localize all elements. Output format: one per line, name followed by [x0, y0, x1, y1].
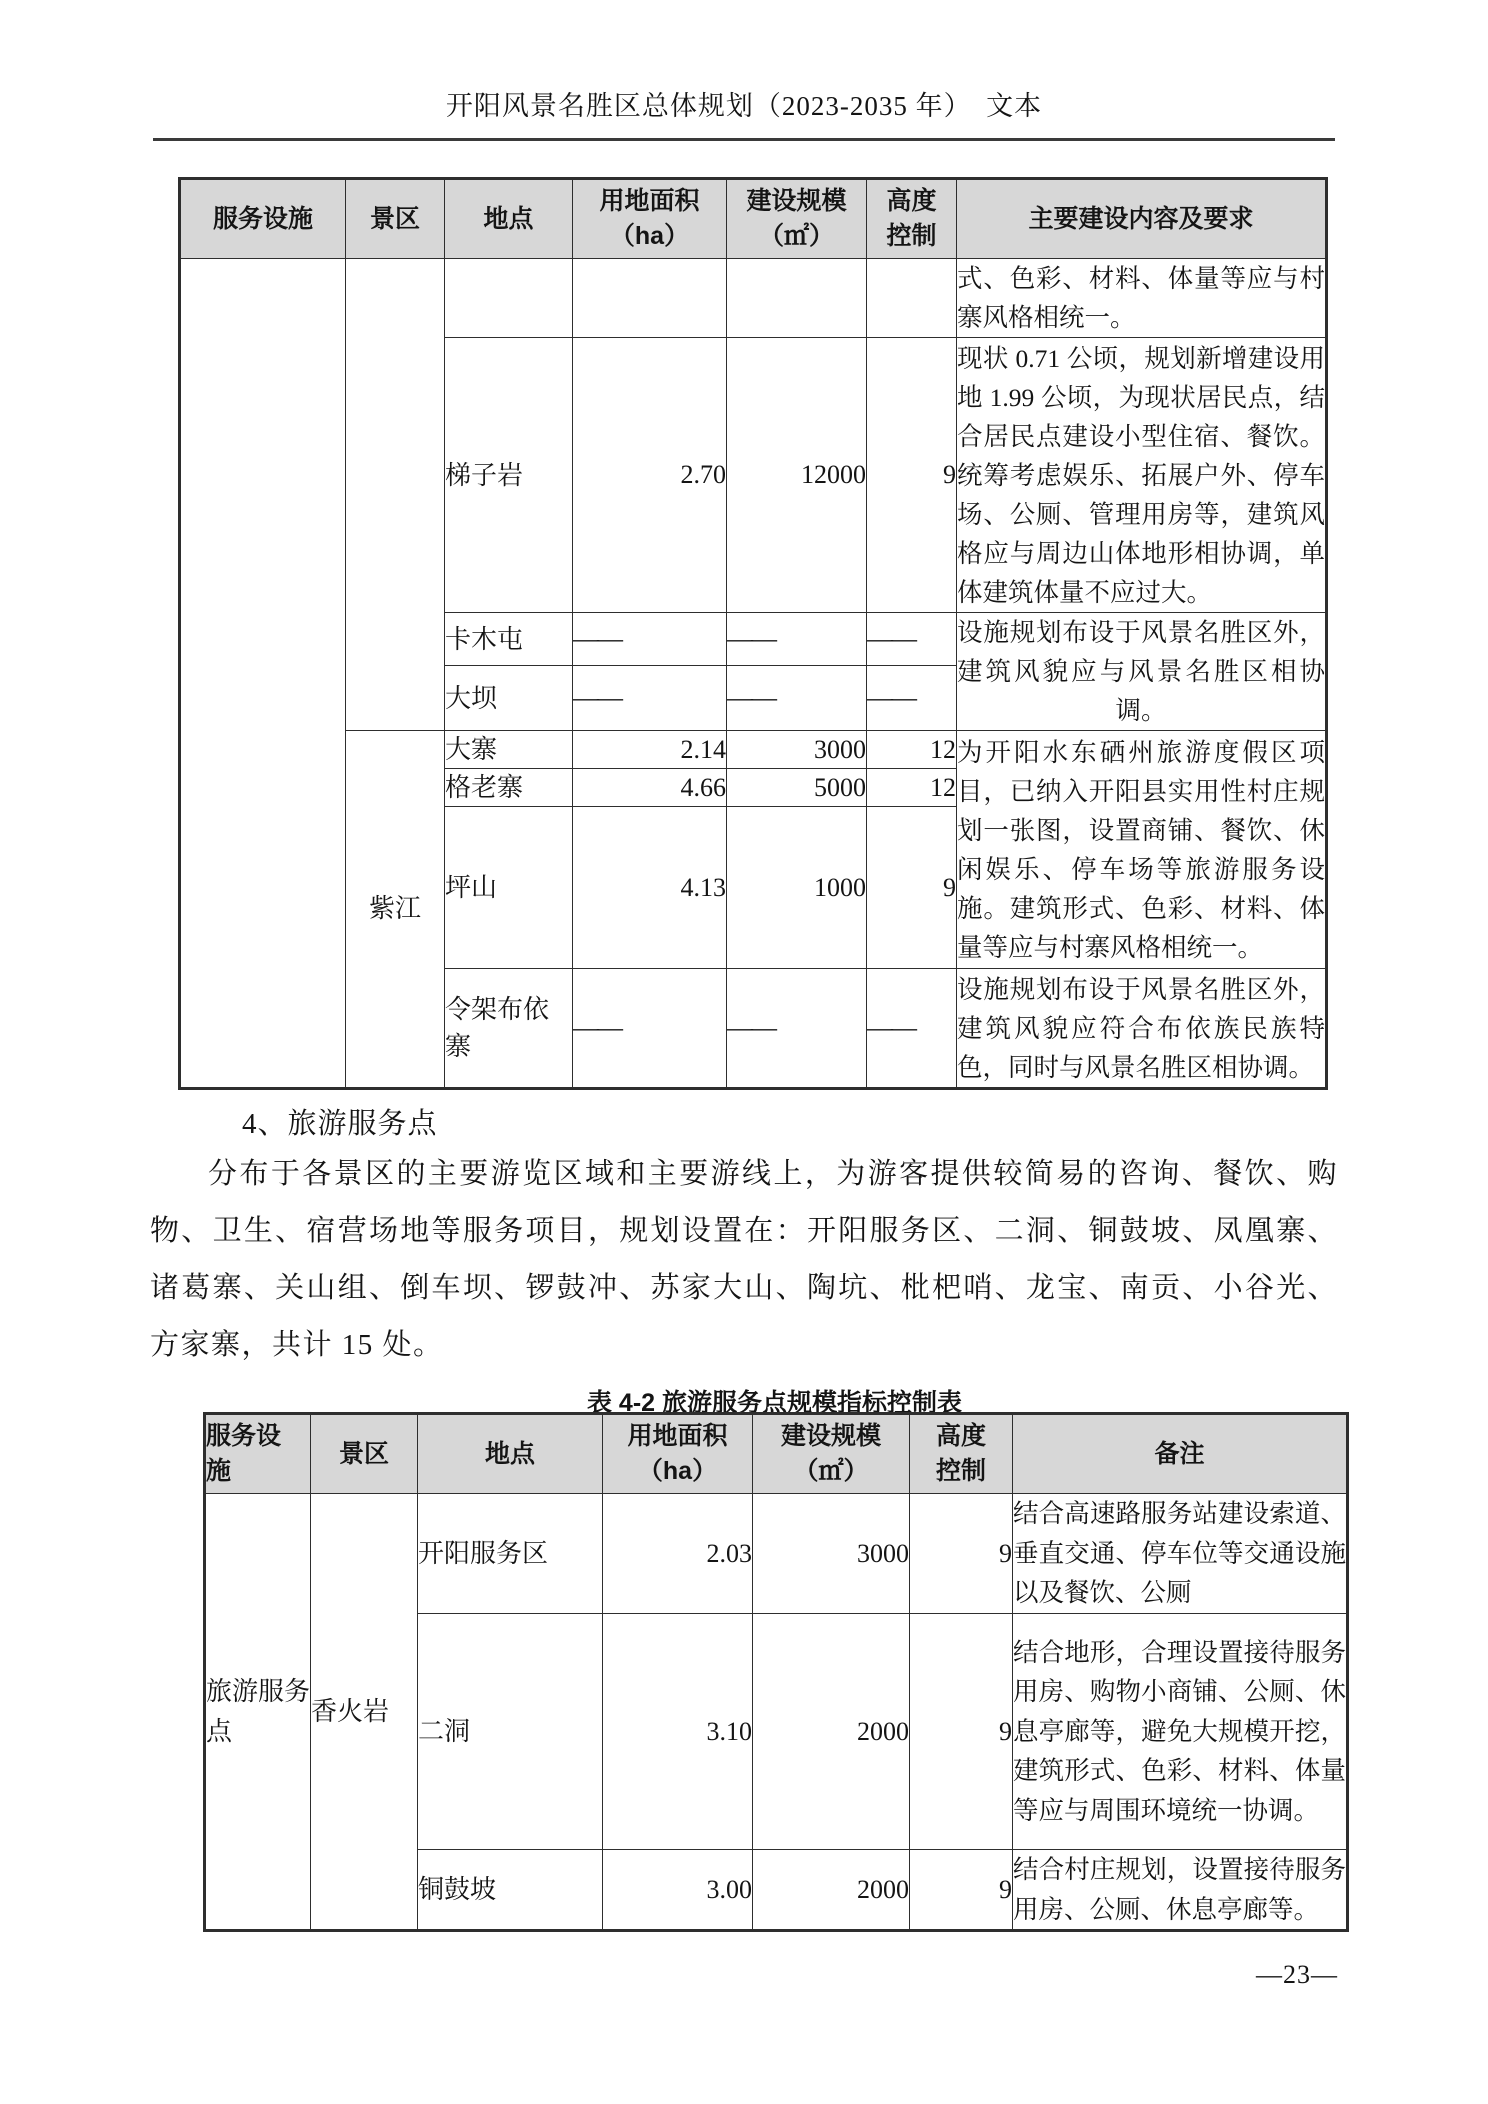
document-header-title: 开阳风景名胜区总体规划（2023-2035 年） 文本 [150, 84, 1338, 123]
area-cell: 3.00 [603, 1850, 753, 1931]
service-facility-cell-empty [180, 259, 346, 1089]
place-cell: 二洞 [418, 1614, 603, 1850]
place-cell-empty [445, 259, 573, 338]
body-paragraph: 分布于各景区的主要游览区域和主要游线上，为游客提供较简易的咨询、餐饮、购物、卫生… [150, 1146, 1338, 1374]
height-cell: 12 [867, 769, 957, 807]
page-number: —23— [150, 1960, 1338, 1990]
content-cell: 设施规划布设于风景名胜区外，建筑风貌应与风景名胜区相协调。 [957, 613, 1327, 731]
height-cell: 9 [910, 1614, 1013, 1850]
content-cell: 设施规划布设于风景名胜区外，建筑风貌应符合布依族民族特色，同时与风景名胜区相协调… [957, 969, 1327, 1089]
col-header-land-area: 用地面积 （ha） [573, 179, 727, 259]
place-cell: 大寨 [445, 731, 573, 769]
scale-cell: —— [727, 969, 867, 1089]
table-header-row: 服务设施 景区 地点 用地面积 （ha） 建设规模 （㎡） 高度 控制 主要建设… [180, 179, 1327, 259]
scale-cell: 2000 [753, 1850, 910, 1931]
place-cell: 令架布依寨 [445, 969, 573, 1089]
remark-cell: 结合地形，合理设置接待服务用房、购物小商铺、公厕、休息亭廊等，避免大规模开挖，建… [1013, 1614, 1348, 1850]
area-cell: —— [573, 666, 727, 731]
facilities-table-1: 服务设施 景区 地点 用地面积 （ha） 建设规模 （㎡） 高度 控制 主要建设… [178, 177, 1328, 1090]
col-header-remark: 备注 [1013, 1414, 1348, 1494]
scale-cell: 5000 [727, 769, 867, 807]
scale-cell: 3000 [753, 1494, 910, 1614]
table-row: 旅游服务点 香火岩 开阳服务区 2.03 3000 9 结合高速路服务站建设索道… [205, 1494, 1348, 1614]
height-cell: 12 [867, 731, 957, 769]
header-rule [153, 138, 1335, 141]
place-cell: 卡木屯 [445, 613, 573, 666]
scale-cell: —— [727, 666, 867, 731]
col-header-build-scale: 建设规模 （㎡） [727, 179, 867, 259]
col-header-main-content: 主要建设内容及要求 [957, 179, 1327, 259]
scale-cell: 2000 [753, 1614, 910, 1850]
col-header-height-control: 高度 控制 [910, 1414, 1013, 1494]
col-header-location: 地点 [445, 179, 573, 259]
content-cell: 式、色彩、材料、体量等应与村寨风格相统一。 [957, 259, 1327, 338]
col-header-land-area: 用地面积 （ha） [603, 1414, 753, 1494]
area-cell-empty [573, 259, 727, 338]
scale-cell: —— [727, 613, 867, 666]
scale-cell: 12000 [727, 338, 867, 613]
place-cell: 坪山 [445, 807, 573, 969]
scenic-area-cell: 紫江 [346, 731, 445, 1089]
height-cell: 9 [910, 1850, 1013, 1931]
col-header-location: 地点 [418, 1414, 603, 1494]
area-cell: 2.03 [603, 1494, 753, 1614]
area-cell: 4.13 [573, 807, 727, 969]
height-cell: 9 [910, 1494, 1013, 1614]
scale-cell-empty [727, 259, 867, 338]
remark-cell: 结合村庄规划，设置接待服务用房、公厕、休息亭廊等。 [1013, 1850, 1348, 1931]
height-cell: —— [867, 969, 957, 1089]
table-header-row: 服务设 施 景区 地点 用地面积 （ha） 建设规模 （㎡） 高度 控制 备注 [205, 1414, 1348, 1494]
scenic-area-cell-empty [346, 259, 445, 731]
place-cell: 格老寨 [445, 769, 573, 807]
area-cell: 2.70 [573, 338, 727, 613]
col-header-service-facility: 服务设 施 [205, 1414, 311, 1494]
area-cell: 2.14 [573, 731, 727, 769]
height-cell: —— [867, 613, 957, 666]
height-cell: 9 [867, 338, 957, 613]
tourist-service-points-table: 服务设 施 景区 地点 用地面积 （ha） 建设规模 （㎡） 高度 控制 备注 … [203, 1412, 1349, 1932]
service-facility-cell: 旅游服务点 [205, 1494, 311, 1931]
height-cell: 9 [867, 807, 957, 969]
remark-cell: 结合高速路服务站建设索道、垂直交通、停车位等交通设施以及餐饮、公厕 [1013, 1494, 1348, 1614]
col-header-scenic-area: 景区 [311, 1414, 418, 1494]
height-cell-empty [867, 259, 957, 338]
table-row: 式、色彩、材料、体量等应与村寨风格相统一。 [180, 259, 1327, 338]
place-cell: 开阳服务区 [418, 1494, 603, 1614]
section-heading: 4、旅游服务点 [150, 1101, 1338, 1142]
col-header-build-scale: 建设规模 （㎡） [753, 1414, 910, 1494]
document-page: 开阳风景名胜区总体规划（2023-2035 年） 文本 服务设施 景区 地点 用… [0, 0, 1488, 2104]
area-cell: 4.66 [573, 769, 727, 807]
table-row: 紫江 大寨 2.14 3000 12 为开阳水东硒州旅游度假区项目，已纳入开阳县… [180, 731, 1327, 769]
col-header-height-control: 高度 控制 [867, 179, 957, 259]
area-cell: —— [573, 969, 727, 1089]
height-cell: —— [867, 666, 957, 731]
area-cell: 3.10 [603, 1614, 753, 1850]
place-cell: 铜鼓坡 [418, 1850, 603, 1931]
area-cell: —— [573, 613, 727, 666]
content-cell: 现状 0.71 公顷，规划新增建设用地 1.99 公顷，为现状居民点，结合居民点… [957, 338, 1327, 613]
col-header-scenic-area: 景区 [346, 179, 445, 259]
place-cell: 大坝 [445, 666, 573, 731]
scenic-area-cell: 香火岩 [311, 1494, 418, 1931]
scale-cell: 3000 [727, 731, 867, 769]
place-cell: 梯子岩 [445, 338, 573, 613]
scale-cell: 1000 [727, 807, 867, 969]
col-header-service-facility: 服务设施 [180, 179, 346, 259]
content-cell: 为开阳水东硒州旅游度假区项目，已纳入开阳县实用性村庄规划一张图，设置商铺、餐饮、… [957, 731, 1327, 969]
